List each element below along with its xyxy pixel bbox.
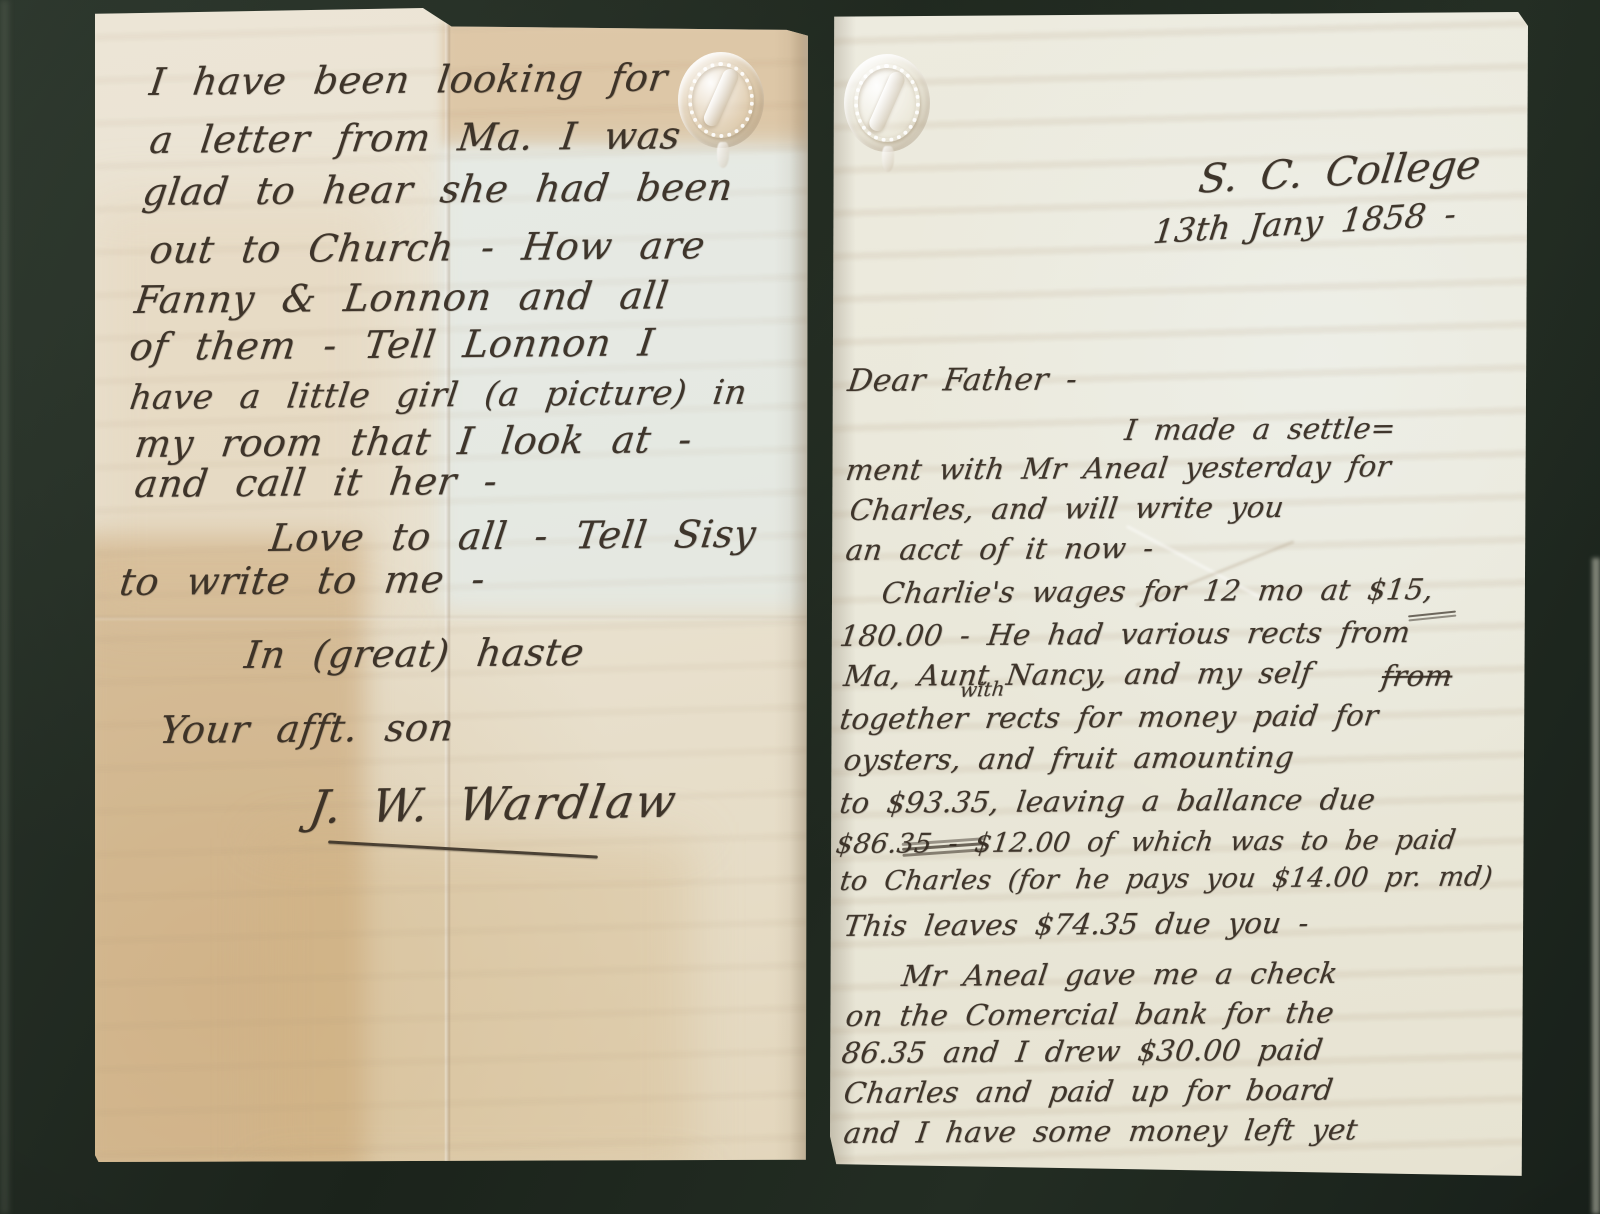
signature: J. W. Wardlaw [306, 774, 682, 834]
stain-bottom-mid [263, 838, 693, 1178]
letter-line: Love to all - Tell Sisy [267, 512, 759, 560]
scan-edge-left [0, 0, 9, 1214]
letter-line: Charles, and will write you [848, 490, 1286, 527]
letter-page-right: S. C. College 13th Jany 1858 - Dear Fath… [830, 12, 1528, 1177]
letter-line: an acct of it now - [844, 531, 1156, 567]
letter-line: In (great) haste [242, 630, 587, 677]
letter-line: of them - Tell Lonnon I [127, 320, 657, 369]
fold-crease-horizontal [95, 616, 808, 620]
letter-scan-photo: I have been looking for a letter from Ma… [0, 0, 1600, 1214]
letter-salutation: Dear Father - [846, 361, 1080, 399]
letter-line: and I have some money left yet [842, 1112, 1360, 1150]
embossed-seal-icon [844, 54, 930, 152]
letter-heading-place: S. C. College [1196, 142, 1483, 203]
ink-underline-15 [1408, 610, 1456, 617]
letter-line: have a little girl (a picture) in [127, 373, 749, 418]
letter-line: Charlie's wages for 12 mo at $15, [880, 572, 1436, 610]
letter-line: Your afft. son [157, 705, 457, 752]
letter-line: Ma, Aunt Nancy, and my self [842, 656, 1314, 693]
letter-line: ment with Mr Aneal yesterday for [844, 449, 1393, 487]
letter-line: a letter from Ma. I was [147, 113, 683, 162]
letter-line: on the Comercial bank for the [844, 996, 1336, 1033]
letter-line: to $93.35, leaving a ballance due [838, 782, 1378, 820]
scan-edge-right [1592, 558, 1600, 1214]
embossed-seal-icon [678, 52, 764, 148]
letter-line: I made a settle= [1123, 411, 1398, 447]
letter-line: to write to me - [117, 557, 488, 604]
letter-line: $86.35 - $12.00 of which was to be paid [834, 825, 1458, 860]
letter-line: This leaves $74.35 due you - [842, 906, 1311, 943]
letter-line: oysters, and fruit amounting [842, 740, 1296, 777]
embossed-seal-tail [882, 146, 894, 172]
letter-line: 86.35 and I drew $30.00 paid [840, 1033, 1325, 1070]
letter-line: Fanny & Lonnon and all [132, 273, 671, 322]
letter-line: glad to hear she had been [140, 165, 735, 214]
letter-line: Charles and paid up for board [842, 1073, 1336, 1110]
letter-page-left: I have been looking for a letter from Ma… [95, 8, 808, 1162]
struck-word: from [1380, 659, 1455, 693]
inserted-word: with [959, 676, 1006, 702]
letter-line: 180.00 - He had various rects from [838, 615, 1413, 653]
letter-line: out to Church - How are [147, 223, 708, 272]
letter-line: to Charles (for he pays you $14.00 pr. m… [838, 861, 1495, 897]
letter-line: and call it her - [132, 459, 500, 506]
letter-line: together rects for money paid for [838, 698, 1381, 736]
letter-line: Mr Aneal gave me a check [900, 956, 1340, 993]
letter-line: I have been looking for [147, 55, 670, 104]
letter-heading-date: 13th Jany 1858 - [1151, 194, 1458, 251]
signature-underline [328, 840, 598, 858]
